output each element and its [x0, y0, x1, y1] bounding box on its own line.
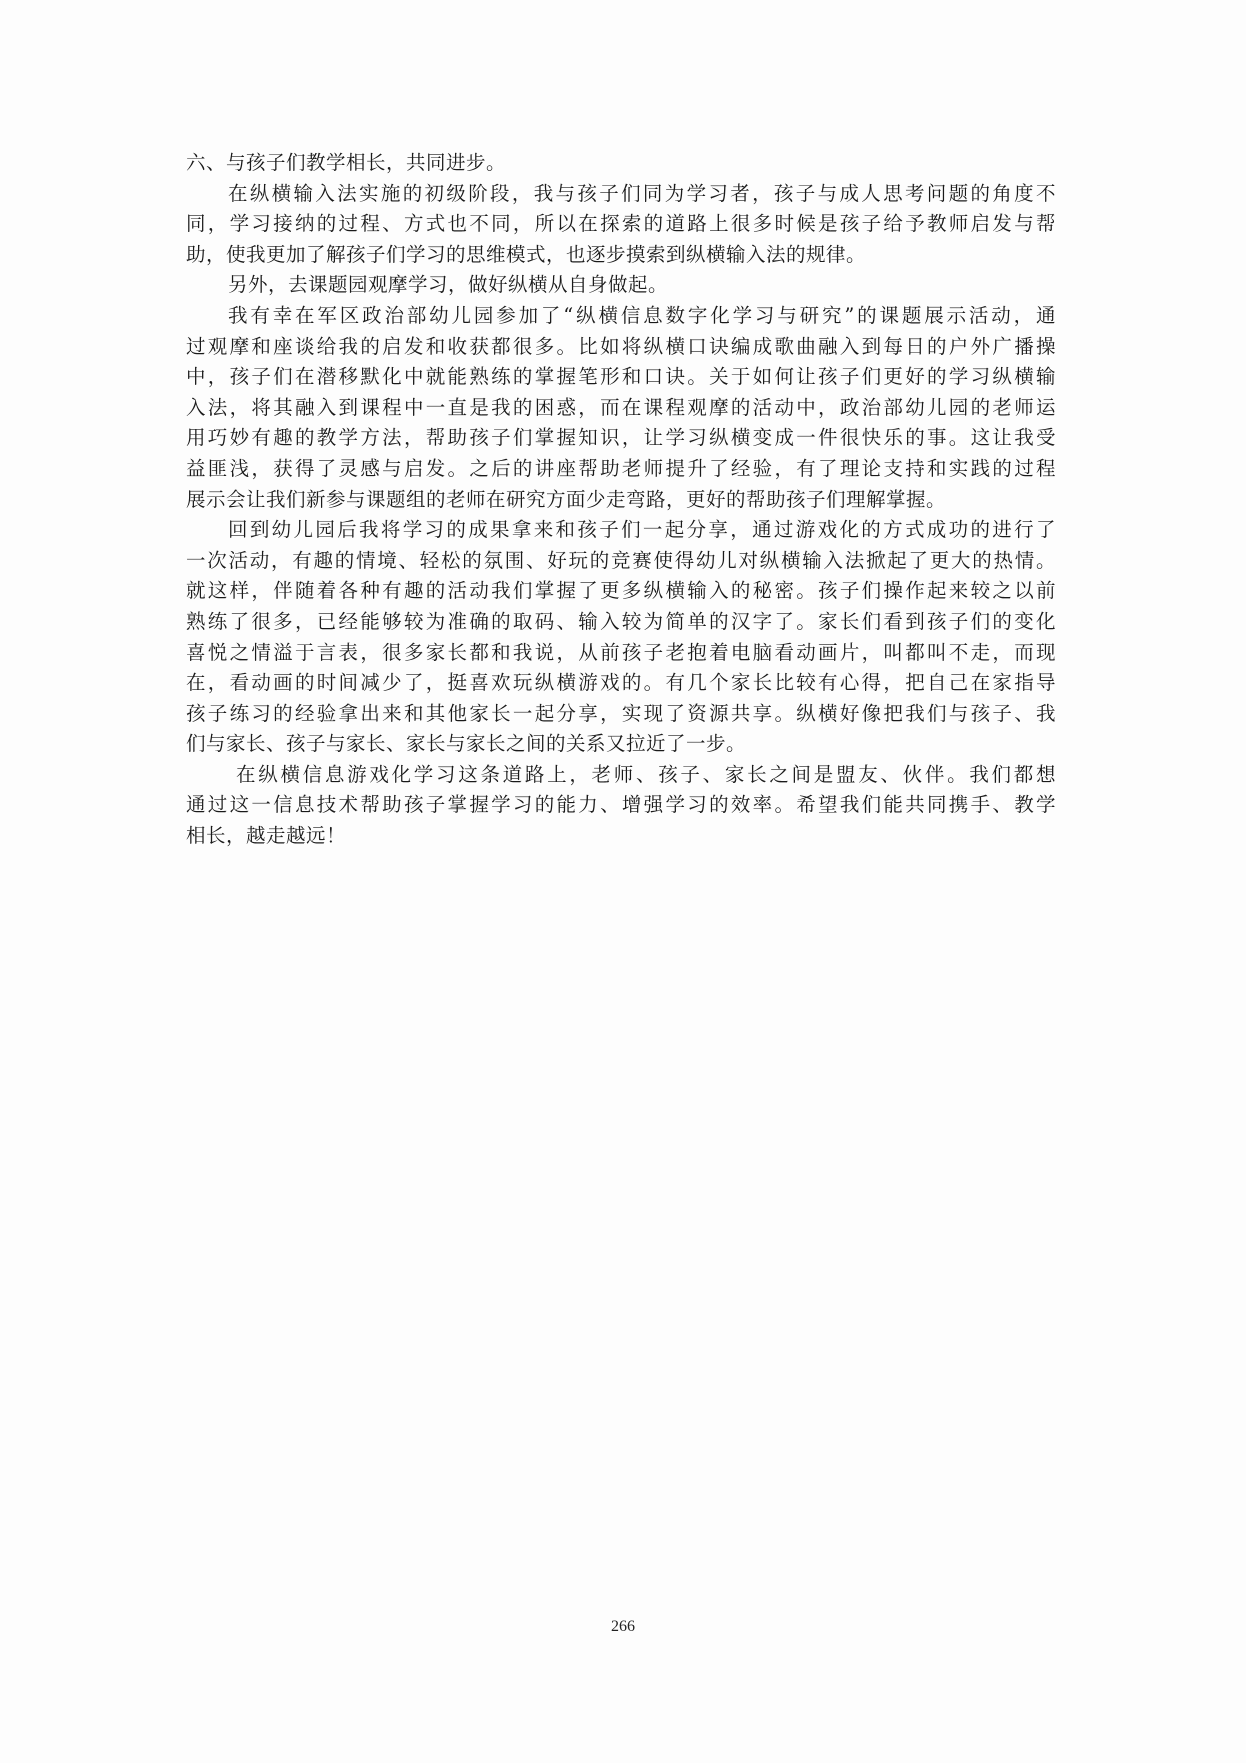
- paragraph-line: 同，学习接纳的过程、方式也不同，所以在探索的道路上很多时候是孩子给予教师启发与帮: [186, 209, 1056, 240]
- paragraph-line: 喜悦之情溢于言表，很多家长都和我说，从前孩子老抱着电脑看动画片，叫都叫不走，而现: [186, 638, 1056, 669]
- paragraph-line: 中，孩子们在潜移默化中就能熟练的掌握笔形和口诀。关于如何让孩子们更好的学习纵横输: [186, 362, 1056, 393]
- paragraph-line: 助，使我更加了解孩子们学习的思维模式，也逐步摸索到纵横输入法的规律。: [186, 240, 1056, 271]
- paragraph-line: 入法，将其融入到课程中一直是我的困惑，而在课程观摩的活动中，政治部幼儿园的老师运: [186, 393, 1056, 424]
- paragraph-line: 用巧妙有趣的教学方法，帮助孩子们掌握知识，让学习纵横变成一件很快乐的事。这让我受: [186, 423, 1056, 454]
- body-text: 六、与孩子们教学相长，共同进步。 在纵横输入法实施的初级阶段，我与孩子们同为学习…: [186, 148, 1056, 852]
- paragraph-line: 孩子练习的经验拿出来和其他家长一起分享，实现了资源共享。纵横好像把我们与孩子、我: [186, 699, 1056, 730]
- document-page: 六、与孩子们教学相长，共同进步。 在纵横输入法实施的初级阶段，我与孩子们同为学习…: [0, 0, 1246, 1763]
- paragraph-line: 就这样，伴随着各种有趣的活动我们掌握了更多纵横输入的秘密。孩子们操作起来较之以前: [186, 576, 1056, 607]
- paragraph-line: 相长，越走越远！: [186, 821, 1056, 852]
- paragraph-line: 们与家长、孩子与家长、家长与家长之间的关系又拉近了一步。: [186, 729, 1056, 760]
- paragraph-line: 另外，去课题园观摩学习，做好纵横从自身做起。: [186, 270, 1056, 301]
- paragraph-line: 一次活动，有趣的情境、轻松的氛围、好玩的竞赛使得幼儿对纵横输入法掀起了更大的热情…: [186, 546, 1056, 577]
- paragraph-line: 我有幸在军区政治部幼儿园参加了“纵横信息数字化学习与研究”的课题展示活动，通: [186, 301, 1056, 332]
- paragraph-line: 熟练了很多，已经能够较为准确的取码、输入较为简单的汉字了。家长们看到孩子们的变化: [186, 607, 1056, 638]
- paragraph-line: 在纵横输入法实施的初级阶段，我与孩子们同为学习者，孩子与成人思考问题的角度不: [186, 179, 1056, 210]
- paragraph-line: 过观摩和座谈给我的启发和收获都很多。比如将纵横口诀编成歌曲融入到每日的户外广播操: [186, 332, 1056, 363]
- page-number: 266: [0, 1618, 1246, 1636]
- paragraph-line: 在纵横信息游戏化学习这条道路上，老师、孩子、家长之间是盟友、伙伴。我们都想: [186, 760, 1056, 791]
- paragraph-line: 通过这一信息技术帮助孩子掌握学习的能力、增强学习的效率。希望我们能共同携手、教学: [186, 790, 1056, 821]
- paragraph-line: 回到幼儿园后我将学习的成果拿来和孩子们一起分享，通过游戏化的方式成功的进行了: [186, 515, 1056, 546]
- paragraph-line: 展示会让我们新参与课题组的老师在研究方面少走弯路，更好的帮助孩子们理解掌握。: [186, 485, 1056, 516]
- paragraph-line: 在，看动画的时间减少了，挺喜欢玩纵横游戏的。有几个家长比较有心得，把自己在家指导: [186, 668, 1056, 699]
- section-heading: 六、与孩子们教学相长，共同进步。: [186, 148, 1056, 179]
- paragraph-line: 益匪浅，获得了灵感与启发。之后的讲座帮助老师提升了经验，有了理论支持和实践的过程: [186, 454, 1056, 485]
